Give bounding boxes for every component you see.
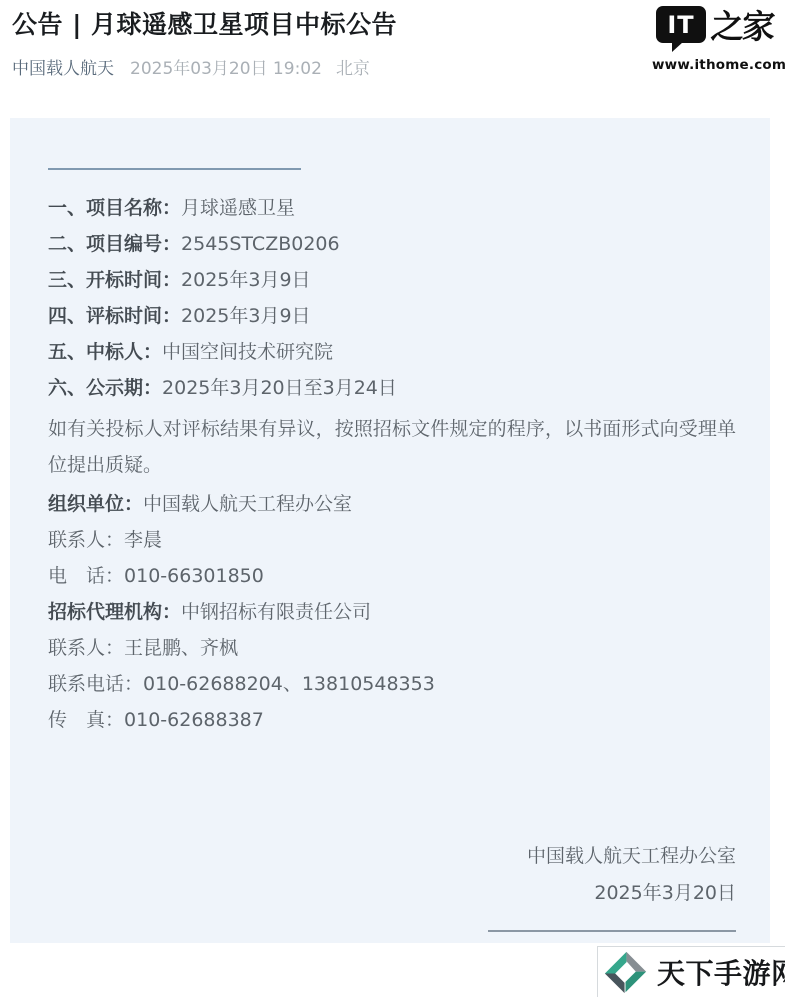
info-value: 李晨 xyxy=(124,529,162,551)
watermark-site-name: 天下手游网 xyxy=(657,952,785,992)
info-row: 五、中标人：中国空间技术研究院 xyxy=(48,339,736,365)
info-value: 中国空间技术研究院 xyxy=(162,341,333,363)
info-value: 中钢招标有限责任公司 xyxy=(181,601,371,623)
byline: 中国载人航天2025年03月20日 19:02北京 xyxy=(12,54,370,79)
info-row: 组织单位：中国载人航天工程办公室 xyxy=(48,491,736,517)
announcement-card: 一、项目名称：月球遥感卫星二、项目编号：2545STCZB0206三、开标时间：… xyxy=(10,118,770,943)
objection-notice: 如有关投标人对评标结果有异议，按照招标文件规定的程序，以书面形式向受理单位提出质… xyxy=(48,411,736,483)
diamond-seg-bottomright xyxy=(626,971,647,992)
info-label: 联系人： xyxy=(48,529,124,551)
info-value: 王昆鹏、齐枫 xyxy=(124,637,238,659)
info-label: 二、项目编号： xyxy=(48,233,181,255)
info-row: 四、评标时间：2025年3月9日 xyxy=(48,303,736,329)
diamond-seg-topleft xyxy=(605,951,627,973)
info-value: 010-62688387 xyxy=(124,709,264,731)
info-label: 四、评标时间： xyxy=(48,305,181,327)
info-value: 010-66301850 xyxy=(124,565,264,587)
account-name-link[interactable]: 中国载人航天 xyxy=(12,59,114,79)
info-row: 三、开标时间：2025年3月9日 xyxy=(48,267,736,293)
info-row: 一、项目名称：月球遥感卫星 xyxy=(48,195,736,221)
info-row: 联系电话：010-62688204、13810548353 xyxy=(48,671,736,697)
info-label: 组织单位： xyxy=(48,493,143,515)
info-value: 010-62688204、13810548353 xyxy=(143,673,435,695)
diamond-seg-bottomleft xyxy=(605,973,625,993)
info-row: 联系人：李晨 xyxy=(48,527,736,553)
signature-org: 中国载人航天工程办公室 xyxy=(48,843,736,869)
info-value: 月球遥感卫星 xyxy=(181,197,295,219)
info-row: 联系人：王昆鹏、齐枫 xyxy=(48,635,736,661)
info-row: 六、公示期：2025年3月20日至3月24日 xyxy=(48,375,736,401)
info-label: 六、公示期： xyxy=(48,377,162,399)
diamond-logo-icon xyxy=(603,950,648,995)
info-label: 传 真： xyxy=(48,709,124,731)
info-label: 联系电话： xyxy=(48,673,143,695)
ithome-url: www.ithome.com xyxy=(652,57,777,73)
publish-date: 2025年03月20日 19:02 xyxy=(130,59,322,79)
info-value: 2025年3月9日 xyxy=(181,269,311,291)
signature-date: 2025年3月20日 xyxy=(48,880,736,906)
publish-location: 北京 xyxy=(336,59,370,79)
info-label: 五、中标人： xyxy=(48,341,162,363)
info-value: 中国载人航天工程办公室 xyxy=(143,493,352,515)
watermark-badge: 天下手游网 xyxy=(597,946,785,997)
info-value: 2545STCZB0206 xyxy=(181,233,340,255)
ithome-speech-bubble-icon: IT xyxy=(656,6,706,43)
info-label: 招标代理机构： xyxy=(48,601,181,623)
signature-block: 中国载人航天工程办公室 2025年3月20日 xyxy=(48,843,736,906)
top-divider xyxy=(48,168,301,170)
info-label: 电 话： xyxy=(48,565,124,587)
diamond-seg-topright xyxy=(626,951,646,971)
info-value: 2025年3月20日至3月24日 xyxy=(162,377,397,399)
info-row: 二、项目编号：2545STCZB0206 xyxy=(48,231,736,257)
article-page: 公告 | 月球遥感卫星项目中标公告 中国载人航天2025年03月20日 19:0… xyxy=(0,0,785,997)
ithome-logo: IT 之家 www.ithome.com xyxy=(652,6,777,73)
contact-list: 组织单位：中国载人航天工程办公室联系人：李晨电 话：010-66301850招标… xyxy=(48,491,736,733)
info-row: 传 真：010-62688387 xyxy=(48,707,736,733)
bottom-divider xyxy=(488,930,736,932)
info-label: 三、开标时间： xyxy=(48,269,181,291)
info-label: 一、项目名称： xyxy=(48,197,181,219)
info-label: 联系人： xyxy=(48,637,124,659)
ithome-brand-text: 之家 xyxy=(710,6,775,48)
info-row: 招标代理机构：中钢招标有限责任公司 xyxy=(48,599,736,625)
ithome-logo-top: IT 之家 xyxy=(652,6,777,50)
project-info-list: 一、项目名称：月球遥感卫星二、项目编号：2545STCZB0206三、开标时间：… xyxy=(48,195,736,401)
info-row: 电 话：010-66301850 xyxy=(48,563,736,589)
info-value: 2025年3月9日 xyxy=(181,305,311,327)
